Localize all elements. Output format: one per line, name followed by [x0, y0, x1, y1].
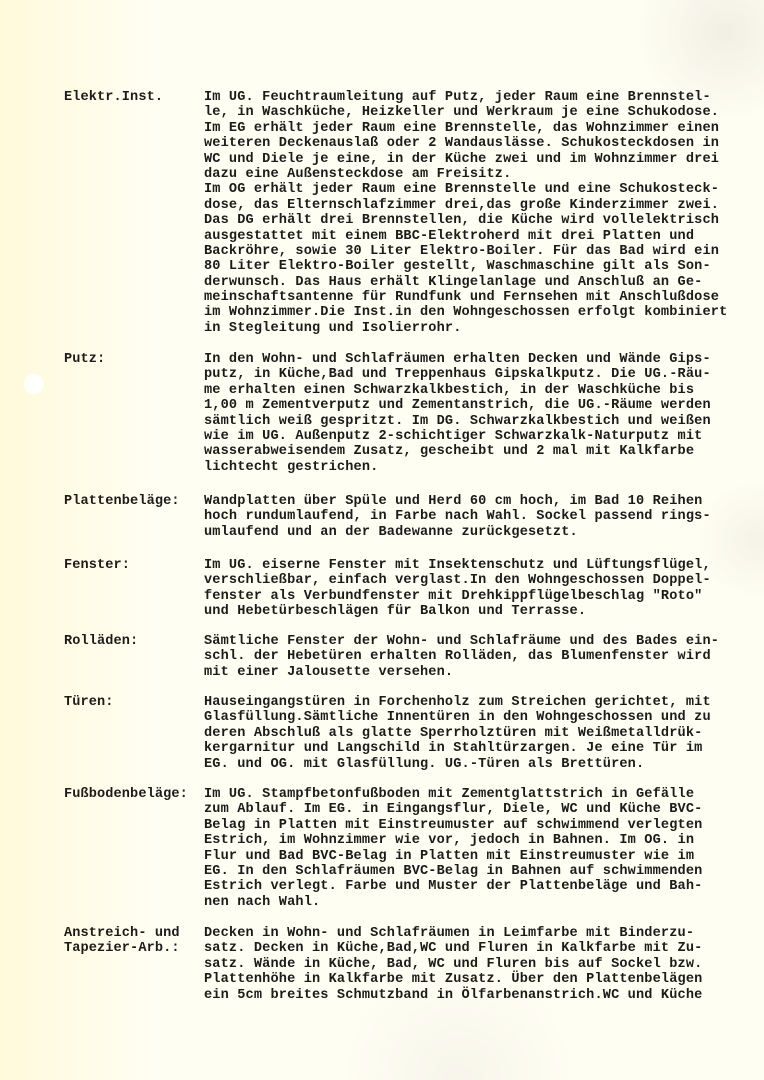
- text-line: Estrich, im Wohnzimmer wie vor, jedoch i…: [204, 833, 744, 848]
- text-line: Das DG erhält drei Brennstellen, die Küc…: [204, 213, 744, 228]
- text-line: Estrich verlegt. Farbe und Muster der Pl…: [204, 879, 744, 894]
- text-line: le, in Waschküche, Heizkeller und Werkra…: [204, 105, 744, 120]
- text-line: Im UG. Feuchtraumleitung auf Putz, jeder…: [204, 90, 744, 105]
- text-line: hoch rundumlaufend, in Farbe nach Wahl. …: [204, 509, 744, 524]
- text-line: und Hebetürbeschlägen für Balkon und Ter…: [204, 604, 744, 619]
- text-line: 1,00 m Zementverputz und Zementanstrich,…: [204, 398, 744, 413]
- text-line: me erhalten einen Schwarzkalkbestich, in…: [204, 383, 744, 398]
- text-line: Hauseingangstüren in Forchenholz zum Str…: [204, 695, 744, 710]
- text-line: zum Ablauf. Im EG. in Eingangsflur, Diel…: [204, 802, 744, 817]
- text-line: weiteren Deckenauslaß oder 2 Wandausläss…: [204, 136, 744, 151]
- text-line: 80 Liter Elektro-Boiler gestellt, Waschm…: [204, 259, 744, 274]
- section-body: Decken in Wohn- und Schlafräumen in Leim…: [204, 926, 744, 1003]
- text-line: in Stegleitung und Isolierrohr.: [204, 321, 744, 336]
- text-line: fenster als Verbundfenster mit Drehkippf…: [204, 589, 744, 604]
- section-body: Hauseingangstüren in Forchenholz zum Str…: [204, 695, 744, 772]
- text-line: ausgestattet mit einem BBC-Elektroherd m…: [204, 229, 744, 244]
- text-line: meinschaftsantenne für Rundfunk und Fern…: [204, 290, 744, 305]
- typewritten-page: Elektr.Inst. Im UG. Feuchtraumleitung au…: [0, 0, 764, 1080]
- section-label: Plattenbeläge:: [64, 494, 200, 509]
- section-body: Wandplatten über Spüle und Herd 60 cm ho…: [204, 494, 744, 540]
- text-line: Im UG. Stampfbetonfußboden mit Zementgla…: [204, 787, 744, 802]
- text-line: Decken in Wohn- und Schlafräumen in Leim…: [204, 926, 744, 941]
- text-line: nen nach Wahl.: [204, 895, 744, 910]
- section-label: Fenster:: [64, 558, 200, 573]
- text-line: Backröhre, sowie 30 Liter Elektro-Boiler…: [204, 244, 744, 259]
- section-label: Türen:: [64, 695, 200, 710]
- text-line: Im UG. eiserne Fenster mit Insektenschut…: [204, 558, 744, 573]
- text-line: verschließbar, einfach verglast.In den W…: [204, 573, 744, 588]
- text-line: Im OG erhält jeder Raum eine Brennstelle…: [204, 182, 744, 197]
- text-line: EG. und OG. mit Glasfüllung. UG.-Türen a…: [204, 757, 744, 772]
- punch-hole-mark: [24, 374, 44, 394]
- text-line: schl. der Hebetüren erhalten Rolläden, d…: [204, 649, 744, 664]
- section-body: Im UG. Feuchtraumleitung auf Putz, jeder…: [204, 90, 744, 336]
- section-label: Rolläden:: [64, 634, 200, 649]
- text-line: EG. In den Schlafräumen BVC-Belag in Bah…: [204, 864, 744, 879]
- text-line: putz, in Küche,Bad und Treppenhaus Gipsk…: [204, 367, 744, 382]
- text-line: Sämtliche Fenster der Wohn- und Schlafrä…: [204, 634, 744, 649]
- section-label: Putz:: [64, 352, 200, 367]
- text-line: satz. Wände in Küche, Bad, WC und Fluren…: [204, 957, 744, 972]
- text-line: In den Wohn- und Schlafräumen erhalten D…: [204, 352, 744, 367]
- text-line: umlaufend und an der Badewanne zurückges…: [204, 525, 744, 540]
- text-line: satz. Decken in Küche,Bad,WC und Fluren …: [204, 941, 744, 956]
- text-line: im Wohnzimmer.Die Inst.in den Wohngescho…: [204, 305, 744, 320]
- text-line: dazu eine Außensteckdose am Freisitz.: [204, 167, 744, 182]
- text-line: ein 5cm breites Schmutzband in Ölfarbena…: [204, 988, 744, 1003]
- text-line: Wandplatten über Spüle und Herd 60 cm ho…: [204, 494, 744, 509]
- text-line: Glasfüllung.Sämtliche Innentüren in den …: [204, 710, 744, 725]
- section-body: Im UG. Stampfbetonfußboden mit Zementgla…: [204, 787, 744, 910]
- text-line: Plattenhöhe in Kalkfarbe mit Zusatz. Übe…: [204, 972, 744, 987]
- section-label: Anstreich- und Tapezier-Arb.:: [64, 926, 200, 957]
- section-label: Fußbodenbeläge:: [64, 787, 200, 802]
- text-line: deren Abschluß als glatte Sperrholztüren…: [204, 726, 744, 741]
- text-line: WC und Diele je eine, in der Küche zwei …: [204, 152, 744, 167]
- text-line: dose, das Elternschlafzimmer drei,das gr…: [204, 198, 744, 213]
- section-body: Sämtliche Fenster der Wohn- und Schlafrä…: [204, 634, 744, 680]
- section-label: Elektr.Inst.: [64, 90, 200, 105]
- text-line: wie im UG. Außenputz 2-schichtiger Schwa…: [204, 429, 744, 444]
- section-body: In den Wohn- und Schlafräumen erhalten D…: [204, 352, 744, 475]
- text-line: Belag in Platten mit Einstreumuster auf …: [204, 818, 744, 833]
- text-line: derwunsch. Das Haus erhält Klingelanlage…: [204, 275, 744, 290]
- text-line: sämtlich weiß gespritzt. Im DG. Schwarzk…: [204, 414, 744, 429]
- text-line: Im EG erhält jeder Raum eine Brennstelle…: [204, 121, 744, 136]
- text-line: mit einer Jalousette versehen.: [204, 665, 744, 680]
- text-line: wasserabweisendem Zusatz, gescheibt und …: [204, 444, 744, 459]
- text-line: kergarnitur und Langschild in Stahltürza…: [204, 741, 744, 756]
- text-line: Flur und Bad BVC-Belag in Platten mit Ei…: [204, 849, 744, 864]
- text-line: lichtecht gestrichen.: [204, 460, 744, 475]
- section-body: Im UG. eiserne Fenster mit Insektenschut…: [204, 558, 744, 620]
